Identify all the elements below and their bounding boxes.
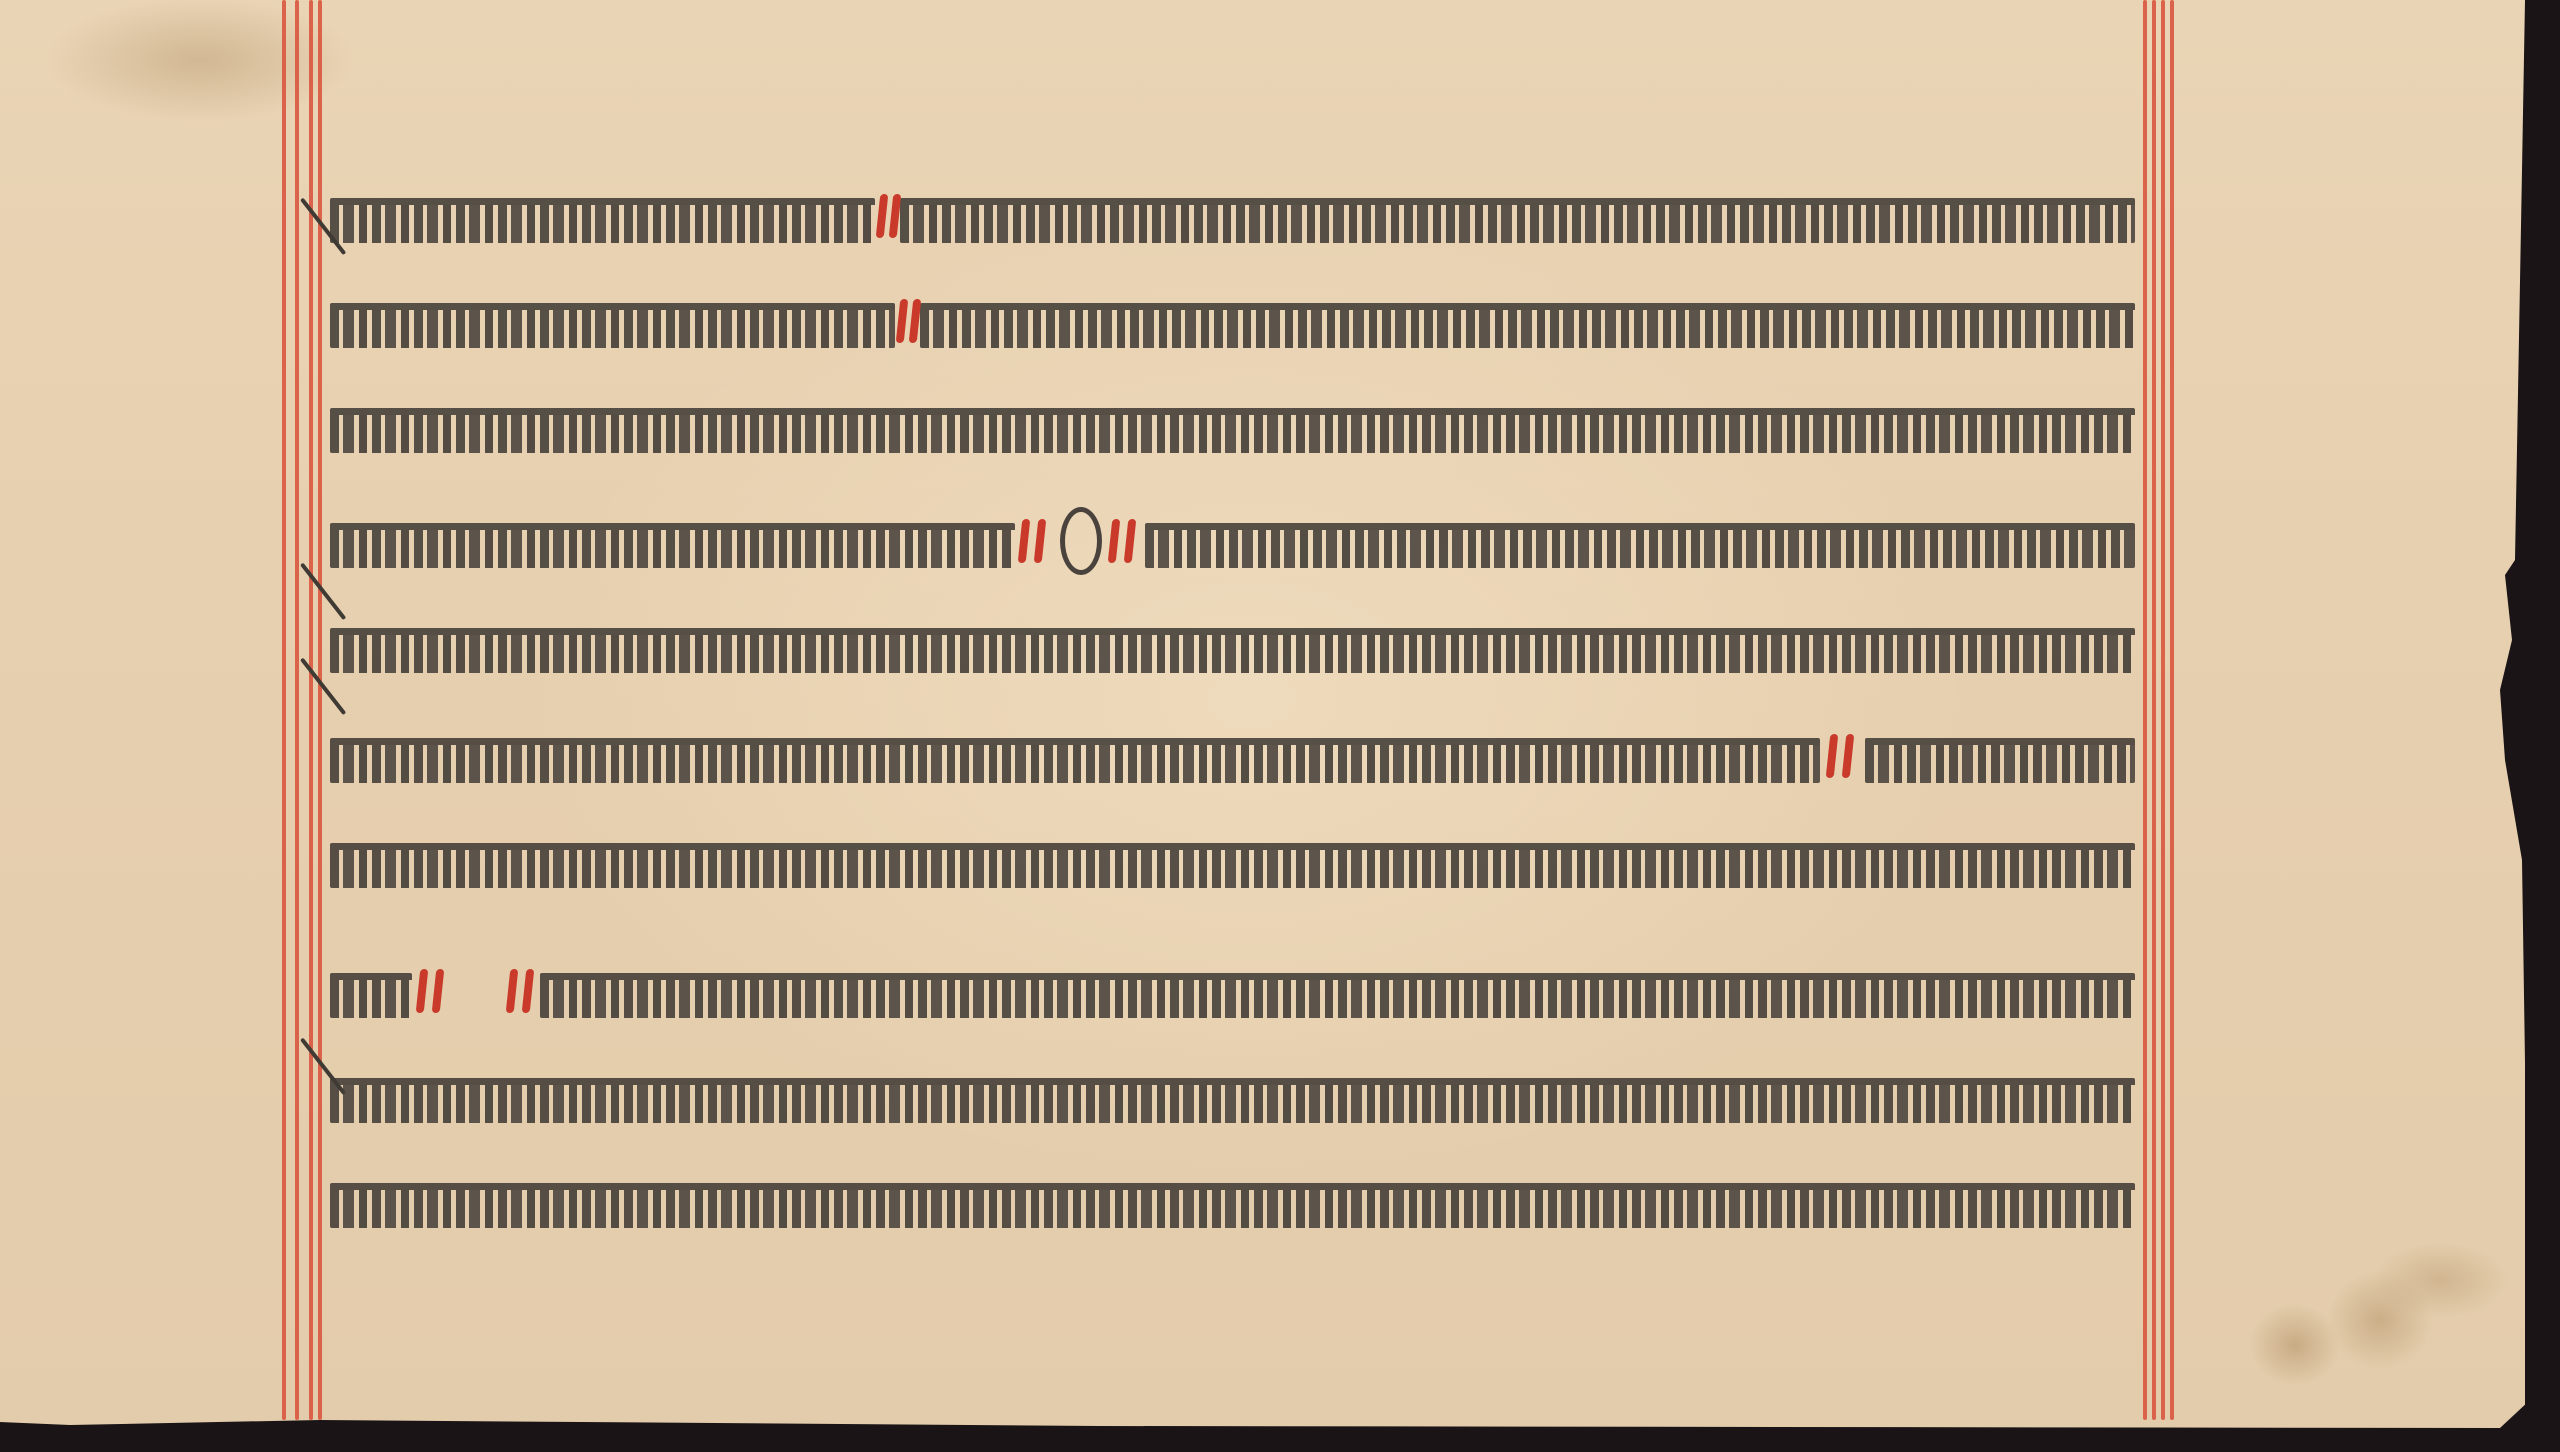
red-danda-mark xyxy=(432,969,445,1013)
manuscript-leaf: Devanagari Text lines are rendered as in… xyxy=(0,0,2525,1430)
manuscript-line-9 xyxy=(330,1070,2135,1126)
manuscript-line-7 xyxy=(330,835,2135,891)
red-danda-mark xyxy=(1842,734,1855,778)
red-danda-mark xyxy=(876,194,889,238)
red-ruling-line xyxy=(2161,0,2165,1420)
ink-text-run xyxy=(330,1183,2135,1228)
red-danda-mark xyxy=(1034,519,1047,563)
ink-text-run xyxy=(330,973,412,1018)
ink-text-run xyxy=(330,1078,2135,1123)
ink-text-run xyxy=(920,303,2135,348)
red-ruling-line xyxy=(282,0,286,1420)
red-ruling-line xyxy=(295,0,299,1420)
ink-text-run xyxy=(330,303,895,348)
red-danda-mark xyxy=(416,969,429,1013)
manuscript-line-10 xyxy=(330,1175,2135,1231)
red-danda-mark xyxy=(1124,519,1137,563)
ink-text-run xyxy=(900,198,2135,243)
red-ruling-line xyxy=(2170,0,2174,1420)
red-danda-mark xyxy=(522,969,535,1013)
ink-text-run xyxy=(540,973,2135,1018)
red-ruling-line xyxy=(318,0,322,1420)
ink-text-run xyxy=(330,523,1015,568)
manuscript-line-4 xyxy=(330,515,2135,571)
red-danda-mark xyxy=(1826,734,1839,778)
red-danda-mark xyxy=(1018,519,1031,563)
manuscript-line-8 xyxy=(330,965,2135,1021)
ink-text-run xyxy=(1145,523,2135,568)
ink-text-run xyxy=(330,628,2135,673)
manuscript-line-5 xyxy=(330,620,2135,676)
ink-text-run xyxy=(1865,738,2135,783)
red-danda-mark xyxy=(896,299,909,343)
manuscript-line-6 xyxy=(330,730,2135,786)
manuscript-line-1 xyxy=(330,190,2135,246)
manuscript-line-2 xyxy=(330,295,2135,351)
ink-text-run xyxy=(330,843,2135,888)
margin-stroke xyxy=(300,563,346,621)
red-danda-mark xyxy=(1108,519,1121,563)
ink-text-run xyxy=(330,198,875,243)
verse-circle-marker-icon xyxy=(1060,507,1102,575)
red-danda-mark xyxy=(506,969,519,1013)
ink-text-run xyxy=(330,738,1820,783)
manuscript-line-3 xyxy=(330,400,2135,456)
ink-text-run xyxy=(330,408,2135,453)
red-ruling-line xyxy=(2143,0,2147,1420)
red-ruling-line xyxy=(2152,0,2156,1420)
